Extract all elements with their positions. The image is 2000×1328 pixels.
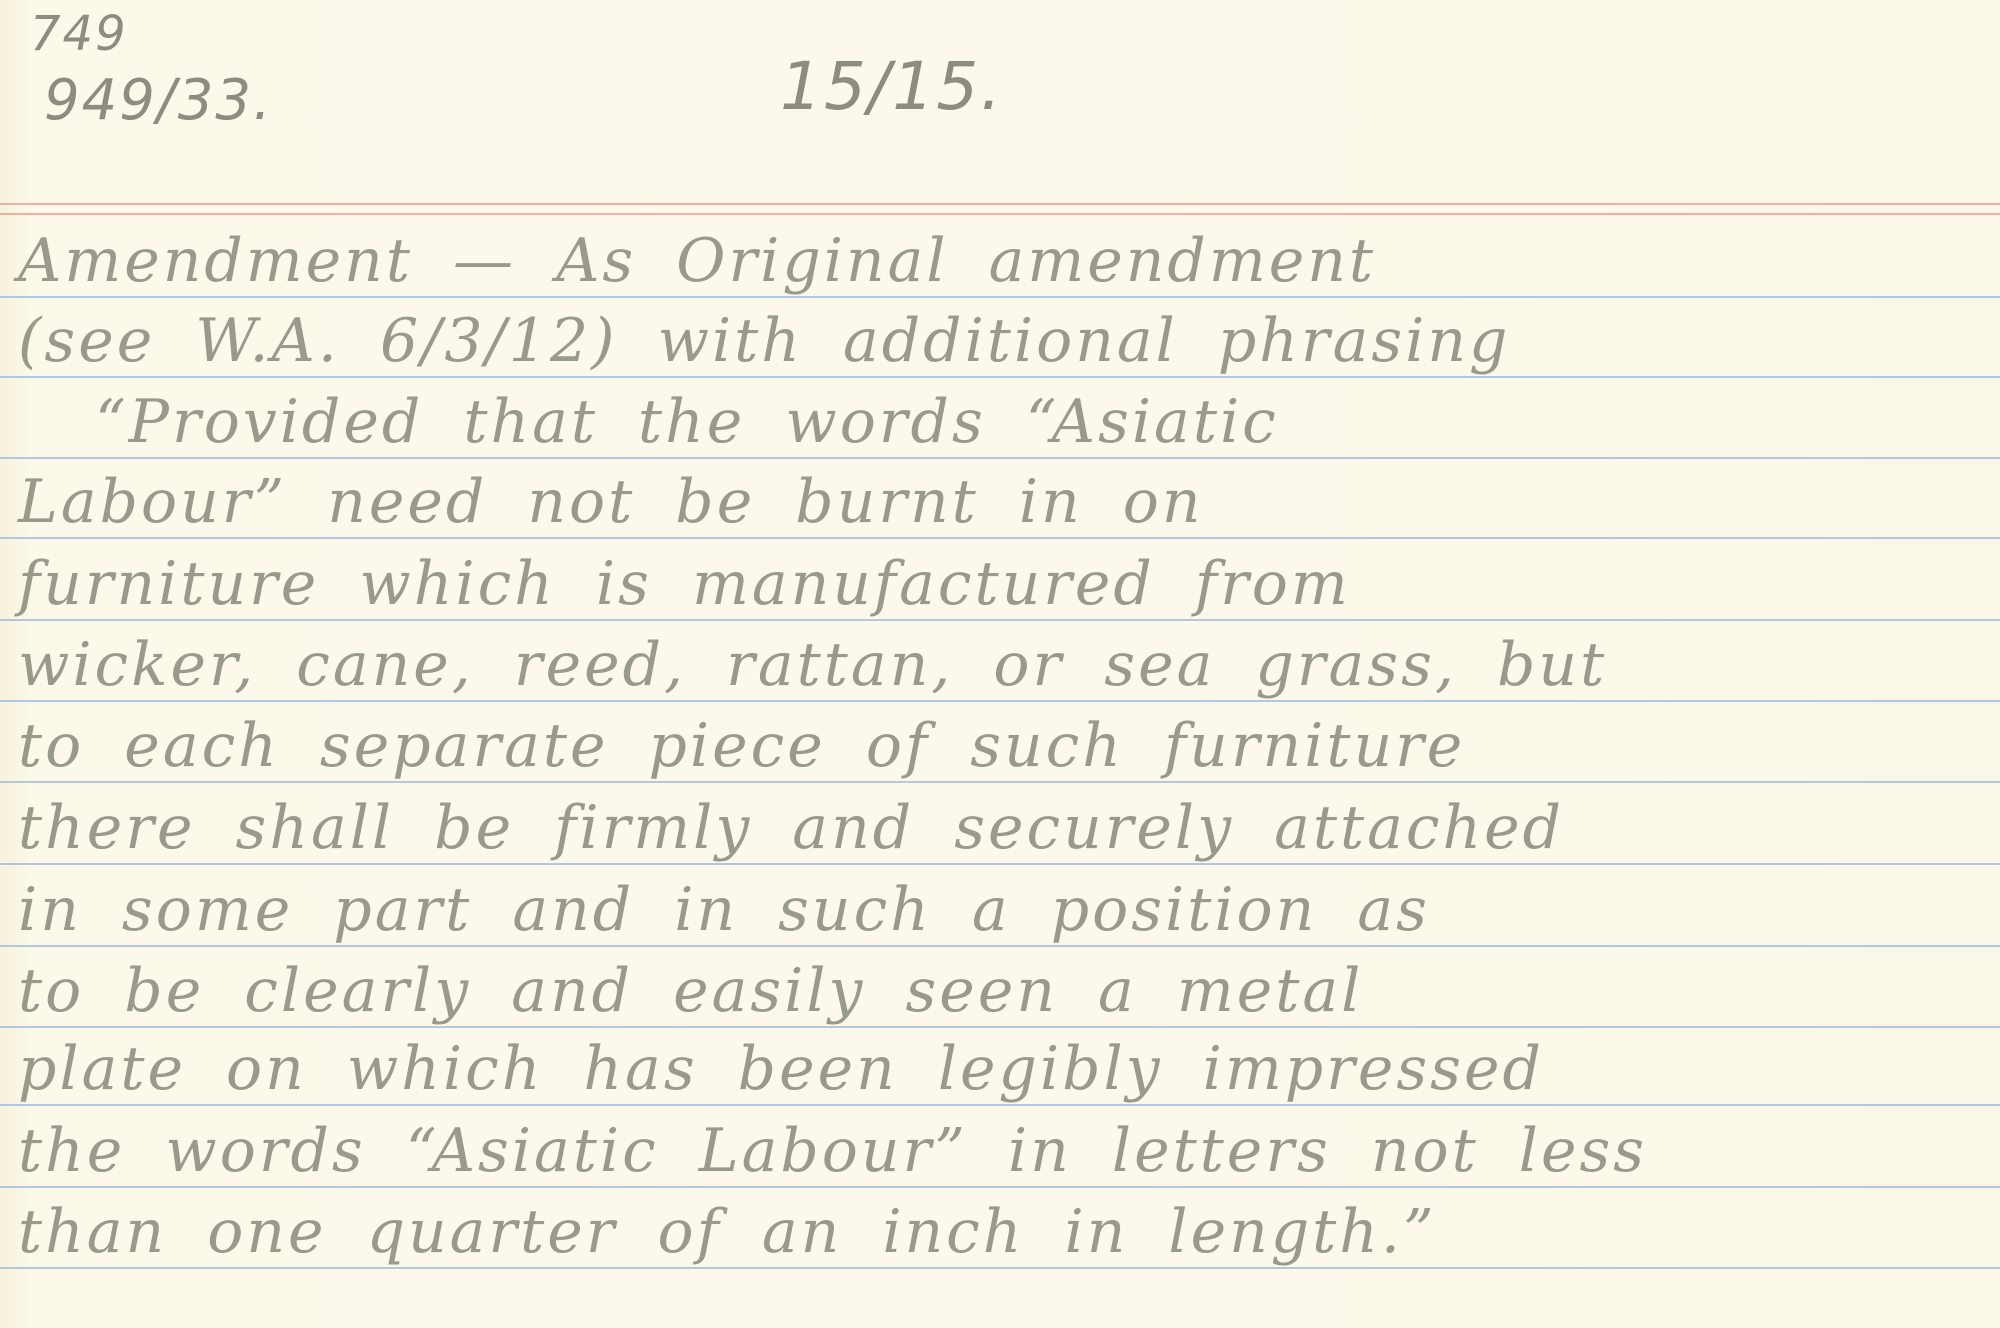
ruled-line xyxy=(0,296,2000,298)
handwritten-line: the words “Asiatic Labour” in letters no… xyxy=(18,1116,1988,1186)
handwritten-line: Labour” need not be burnt in on xyxy=(18,467,1988,537)
handwritten-line: wicker, cane, reed, rattan, or sea grass… xyxy=(18,630,1988,700)
page-count: 15/15. xyxy=(780,48,1003,125)
ruled-line xyxy=(0,1267,2000,1269)
handwritten-line: plate on which has been legibly impresse… xyxy=(18,1034,1988,1104)
handwritten-line: there shall be firmly and securely attac… xyxy=(18,793,1988,863)
header-rule-top xyxy=(0,203,2000,205)
header-rule-bottom xyxy=(0,213,2000,215)
ruled-line xyxy=(0,457,2000,459)
reference-number: 749 xyxy=(30,6,128,62)
ruled-line xyxy=(0,781,2000,783)
ruled-line xyxy=(0,537,2000,539)
handwritten-line: “Provided that the words “Asiatic xyxy=(95,387,2000,457)
ruled-line xyxy=(0,1026,2000,1028)
handwritten-line: to each separate piece of such furniture xyxy=(18,711,1988,781)
handwritten-line: (see W.A. 6/3/12) with additional phrasi… xyxy=(18,306,1988,376)
ruled-line xyxy=(0,1104,2000,1106)
handwritten-line: to be clearly and easily seen a metal xyxy=(18,956,1988,1026)
handwritten-line: Amendment — As Original amendment xyxy=(18,226,1988,296)
handwritten-line: in some part and in such a position as xyxy=(18,875,1988,945)
ruled-line xyxy=(0,863,2000,865)
ruled-line xyxy=(0,376,2000,378)
ruled-line xyxy=(0,619,2000,621)
index-card: 749 949/33. 15/15. Amendment — As Origin… xyxy=(0,0,2000,1328)
handwritten-line: than one quarter of an inch in length.” xyxy=(18,1197,1988,1267)
ruled-line xyxy=(0,700,2000,702)
ruled-line xyxy=(0,1186,2000,1188)
file-reference: 949/33. xyxy=(44,68,273,133)
handwritten-line: furniture which is manufactured from xyxy=(18,549,1988,619)
ruled-line xyxy=(0,945,2000,947)
